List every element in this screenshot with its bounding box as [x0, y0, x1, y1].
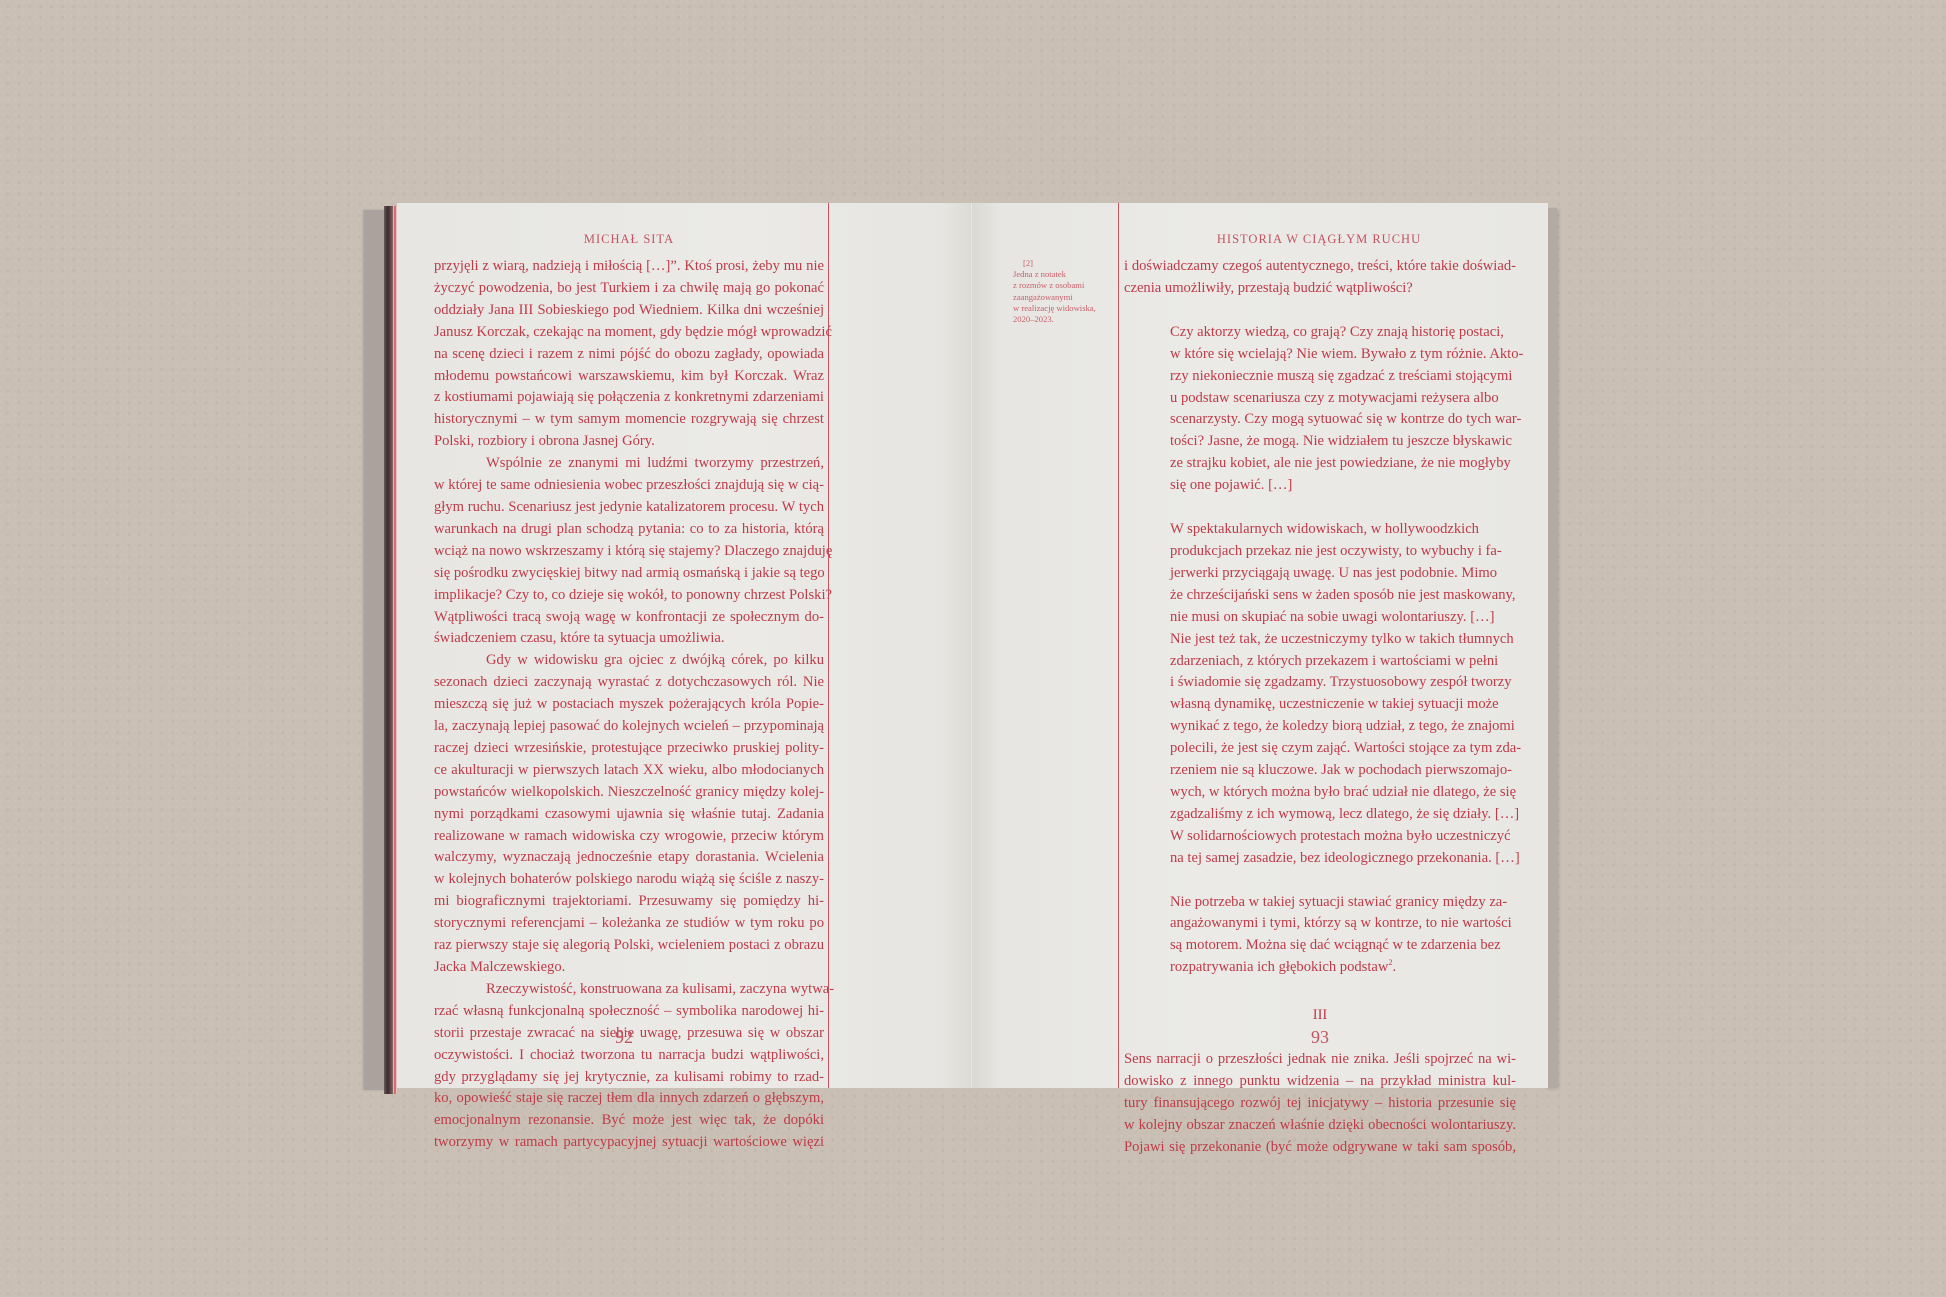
text-line: ze strajku kobiet, ale nie jest powiedzi… — [1170, 453, 1516, 475]
text-line: rozpatrywania ich głębokich podstaw2. — [1170, 957, 1516, 979]
spacer — [1124, 497, 1516, 519]
block-quote: Nie potrzeba w takiej sytuacji stawiać g… — [1170, 892, 1516, 980]
right-margin-rule — [1118, 203, 1119, 1088]
text-line: u podstaw scenariusza czy z motywacjami … — [1170, 388, 1516, 410]
text-line: historycznymi – w tym samym momencie roz… — [434, 409, 824, 431]
text-line: Wątpliwości tracą swoją wagę w konfronta… — [434, 607, 824, 629]
sidenote-line: Jedna z notatek — [1013, 269, 1118, 280]
text-line: wych, w których można było brać udział n… — [1170, 782, 1516, 804]
paragraph: Sens narracji o przeszłości jednak nie z… — [1124, 1049, 1516, 1159]
sidenote-line: zaangażowanymi — [1013, 292, 1118, 303]
text-line: są motorem. Można się dać wciągnąć w te … — [1170, 935, 1516, 957]
text-line: dowisko z innego punktu widzenia – na pr… — [1124, 1071, 1516, 1093]
sidenote: [2] Jedna z notatekz rozmów z osobamizaa… — [1013, 258, 1118, 325]
text-line: tworzymy w ramach partycypacyjnej sytuac… — [434, 1132, 824, 1154]
text-line: warunkach na drugi plan schodzą pytania:… — [434, 519, 824, 541]
text-line: Polski, rozbiory i obrona Jasnej Góry. — [434, 431, 824, 453]
sidenote-line: 2020–2023. — [1013, 314, 1118, 325]
text-line: W spektakularnych widowiskach, w hollywo… — [1170, 519, 1516, 541]
sidenote-number: [2] — [1013, 258, 1118, 269]
text-line: Nie potrzeba w takiej sytuacji stawiać g… — [1170, 892, 1516, 914]
paragraph: Rzeczywistość, konstruowana za kulisami,… — [434, 979, 824, 1154]
text-line: wynikać z tego, że koledzy biorą udział,… — [1170, 716, 1516, 738]
footnote-marker: 2 — [1388, 958, 1392, 967]
text-line: Nie jest też tak, że uczestniczymy tylko… — [1170, 629, 1516, 651]
text-line: gdy przyglądamy się jej krytycznie, za k… — [434, 1067, 824, 1089]
paragraph: przyjęli z wiarą, nadzieją i miłością […… — [434, 256, 824, 453]
spacer — [1124, 870, 1516, 892]
text-line: na tej samej zasadzie, bez ideologiczneg… — [1170, 848, 1516, 870]
right-page-text: i doświadczamy czegoś autentycznego, tre… — [1124, 256, 1516, 1159]
text-line: Jacka Malczewskiego. — [434, 957, 824, 979]
text-line: tości? Jasne, że mogą. Nie widziałem tu … — [1170, 431, 1516, 453]
running-head-author: MICHAŁ SITA — [432, 232, 826, 247]
text-line: powstańców wielkopolskich. Nieszczelność… — [434, 782, 824, 804]
paragraph: Wspólnie ze znanymi mi ludźmi tworzymy p… — [434, 453, 824, 650]
block-quote: W spektakularnych widowiskach, w hollywo… — [1170, 519, 1516, 870]
paragraph: i doświadczamy czegoś autentycznego, tre… — [1124, 256, 1516, 300]
text-line: Rzeczywistość, konstruowana za kulisami,… — [434, 979, 824, 1001]
text-line: zdarzeniach, z których przekazem i warto… — [1170, 651, 1516, 673]
book-cover-left-edge — [364, 210, 386, 1090]
sidenote-text: Jedna z notatekz rozmów z osobamizaangaż… — [1013, 269, 1118, 325]
text-line: Czy aktorzy wiedzą, co grają? Czy znają … — [1170, 322, 1516, 344]
text-line: na scenę dzieci i razem z nimi pójść do … — [434, 344, 824, 366]
text-line: realizowane w ramach widowiska czy wrogo… — [434, 826, 824, 848]
text-line: produkcjach przekaz nie jest oczywisty, … — [1170, 541, 1516, 563]
text-line: z kostiumami pojawiają się połączenia z … — [434, 387, 824, 409]
text-line: Janusz Korczak, czekając na moment, gdy … — [434, 322, 824, 344]
text-line: oddziały Jana III Sobieskiego pod Wiedni… — [434, 300, 824, 322]
text-line: że chrześcijański sens w żaden sposób ni… — [1170, 585, 1516, 607]
text-line: rzać własną funkcjonalną społeczność – s… — [434, 1001, 824, 1023]
text-line: la, zaczynają lepiej pasować do kolejnyc… — [434, 716, 824, 738]
text-line: zgadzaliśmy z ich wymową, lecz dlatego, … — [1170, 804, 1516, 826]
text-line: raz pierwszy staje się alegorią Polski, … — [434, 935, 824, 957]
text-line: wciąż na nowo wskrzeszamy i którą się st… — [434, 541, 824, 563]
text-line: i świadomie się zgadzamy. Trzystuosobowy… — [1170, 672, 1516, 694]
text-line: walczymy, wyznaczają jednocześnie etapy … — [434, 847, 824, 869]
text-line: w której te same odniesienia wobec przes… — [434, 475, 824, 497]
block-quote: Czy aktorzy wiedzą, co grają? Czy znają … — [1170, 322, 1516, 497]
text-line: w które się wcielają? Nie wiem. Bywało z… — [1170, 344, 1516, 366]
running-head-title: HISTORIA W CIĄGŁYM RUCHU — [1122, 232, 1516, 247]
text-line: W solidarnościowych protestach można był… — [1170, 826, 1516, 848]
text-line: i doświadczamy czegoś autentycznego, tre… — [1124, 256, 1516, 278]
page-number-left: 92 — [574, 1027, 674, 1048]
text-line: młodemu powstańcowi warszawskiemu, kim b… — [434, 366, 824, 388]
text-line: Gdy w widowisku gra ojciec z dwójką córe… — [434, 650, 824, 672]
text-line: rzy niekoniecznie muszą się zgadzać z tr… — [1170, 366, 1516, 388]
text-line: raczej dzieci wrzesińskie, protestujące … — [434, 738, 824, 760]
text-line: scenarzysty. Czy mogą sytuować się w kon… — [1170, 409, 1516, 431]
text-line: rzeniem nie są kluczowe. Jak w pochodach… — [1170, 760, 1516, 782]
text-line: nie musi on skupiać na sobie uwagi wolon… — [1170, 607, 1516, 629]
text-line: polecili, że jest się czym zająć. Wartoś… — [1170, 738, 1516, 760]
text-line: głym ruchu. Scenariusz jest jedynie kata… — [434, 497, 824, 519]
section-number: III — [1124, 1005, 1516, 1027]
text-line: nymi porządkami czasowymi ujawnia się wł… — [434, 804, 824, 826]
text-line: tury finansującego rozwój tej inicjatywy… — [1124, 1093, 1516, 1115]
text-line: angażowanymi i tymi, którzy są w kontrze… — [1170, 913, 1516, 935]
page-number-right: 93 — [1270, 1027, 1370, 1048]
text-line: sezonach dzieci zaczynają wyrastać z dot… — [434, 672, 824, 694]
text-line: ko, opowieść staje się raczej tłem dla i… — [434, 1088, 824, 1110]
text-line: emocjonalnym rezonansie. Być może jest w… — [434, 1110, 824, 1132]
text-line: storycznymi referencjami – koleżanka ze … — [434, 913, 824, 935]
text-line: życzyć powodzenia, bo jest Turkiem i za … — [434, 278, 824, 300]
text-line: się one pojawić. […] — [1170, 475, 1516, 497]
text-line: jerwerki przyciągają uwagę. U nas jest p… — [1170, 563, 1516, 585]
text-line: przyjęli z wiarą, nadzieją i miłością […… — [434, 256, 824, 278]
open-book: MICHAŁ SITA HISTORIA W CIĄGŁYM RUCHU prz… — [0, 0, 1946, 1297]
sidenote-line: z rozmów z osobami — [1013, 280, 1118, 291]
text-line: w kolejny obszar znaczeń właśnie dzięki … — [1124, 1115, 1516, 1137]
text-line: mi biograficznymi trajektoriami. Przesuw… — [434, 891, 824, 913]
text-line: mieszczą się już w postaciach myszek poż… — [434, 694, 824, 716]
text-line: Sens narracji o przeszłości jednak nie z… — [1124, 1049, 1516, 1071]
page-block-edge — [384, 206, 393, 1094]
text-line: świadczeniem czasu, które ta sytuacja um… — [434, 628, 824, 650]
text-line: Wspólnie ze znanymi mi ludźmi tworzymy p… — [434, 453, 824, 475]
left-page-text: przyjęli z wiarą, nadzieją i miłością […… — [434, 256, 824, 1154]
text-line: czenia umożliwiły, przestają budzić wątp… — [1124, 278, 1516, 300]
sidenote-line: w realizację widowiska, — [1013, 303, 1118, 314]
text-line: w kolejnych bohaterów polskiego narodu w… — [434, 869, 824, 891]
book-gutter — [970, 203, 972, 1088]
spacer — [1124, 300, 1516, 322]
paragraph: Gdy w widowisku gra ojciec z dwójką córe… — [434, 650, 824, 979]
text-line: własną dynamikę, uczestniczenie w takiej… — [1170, 694, 1516, 716]
text-line: ce akulturacji w pierwszych latach XX wi… — [434, 760, 824, 782]
text-line: implikacje? Czy to, co dzieje się wokół,… — [434, 585, 824, 607]
text-line: Pojawi się przekonanie (być może odgrywa… — [1124, 1137, 1516, 1159]
text-line: się pośrodku zwycięskiej bitwy nad armią… — [434, 563, 824, 585]
